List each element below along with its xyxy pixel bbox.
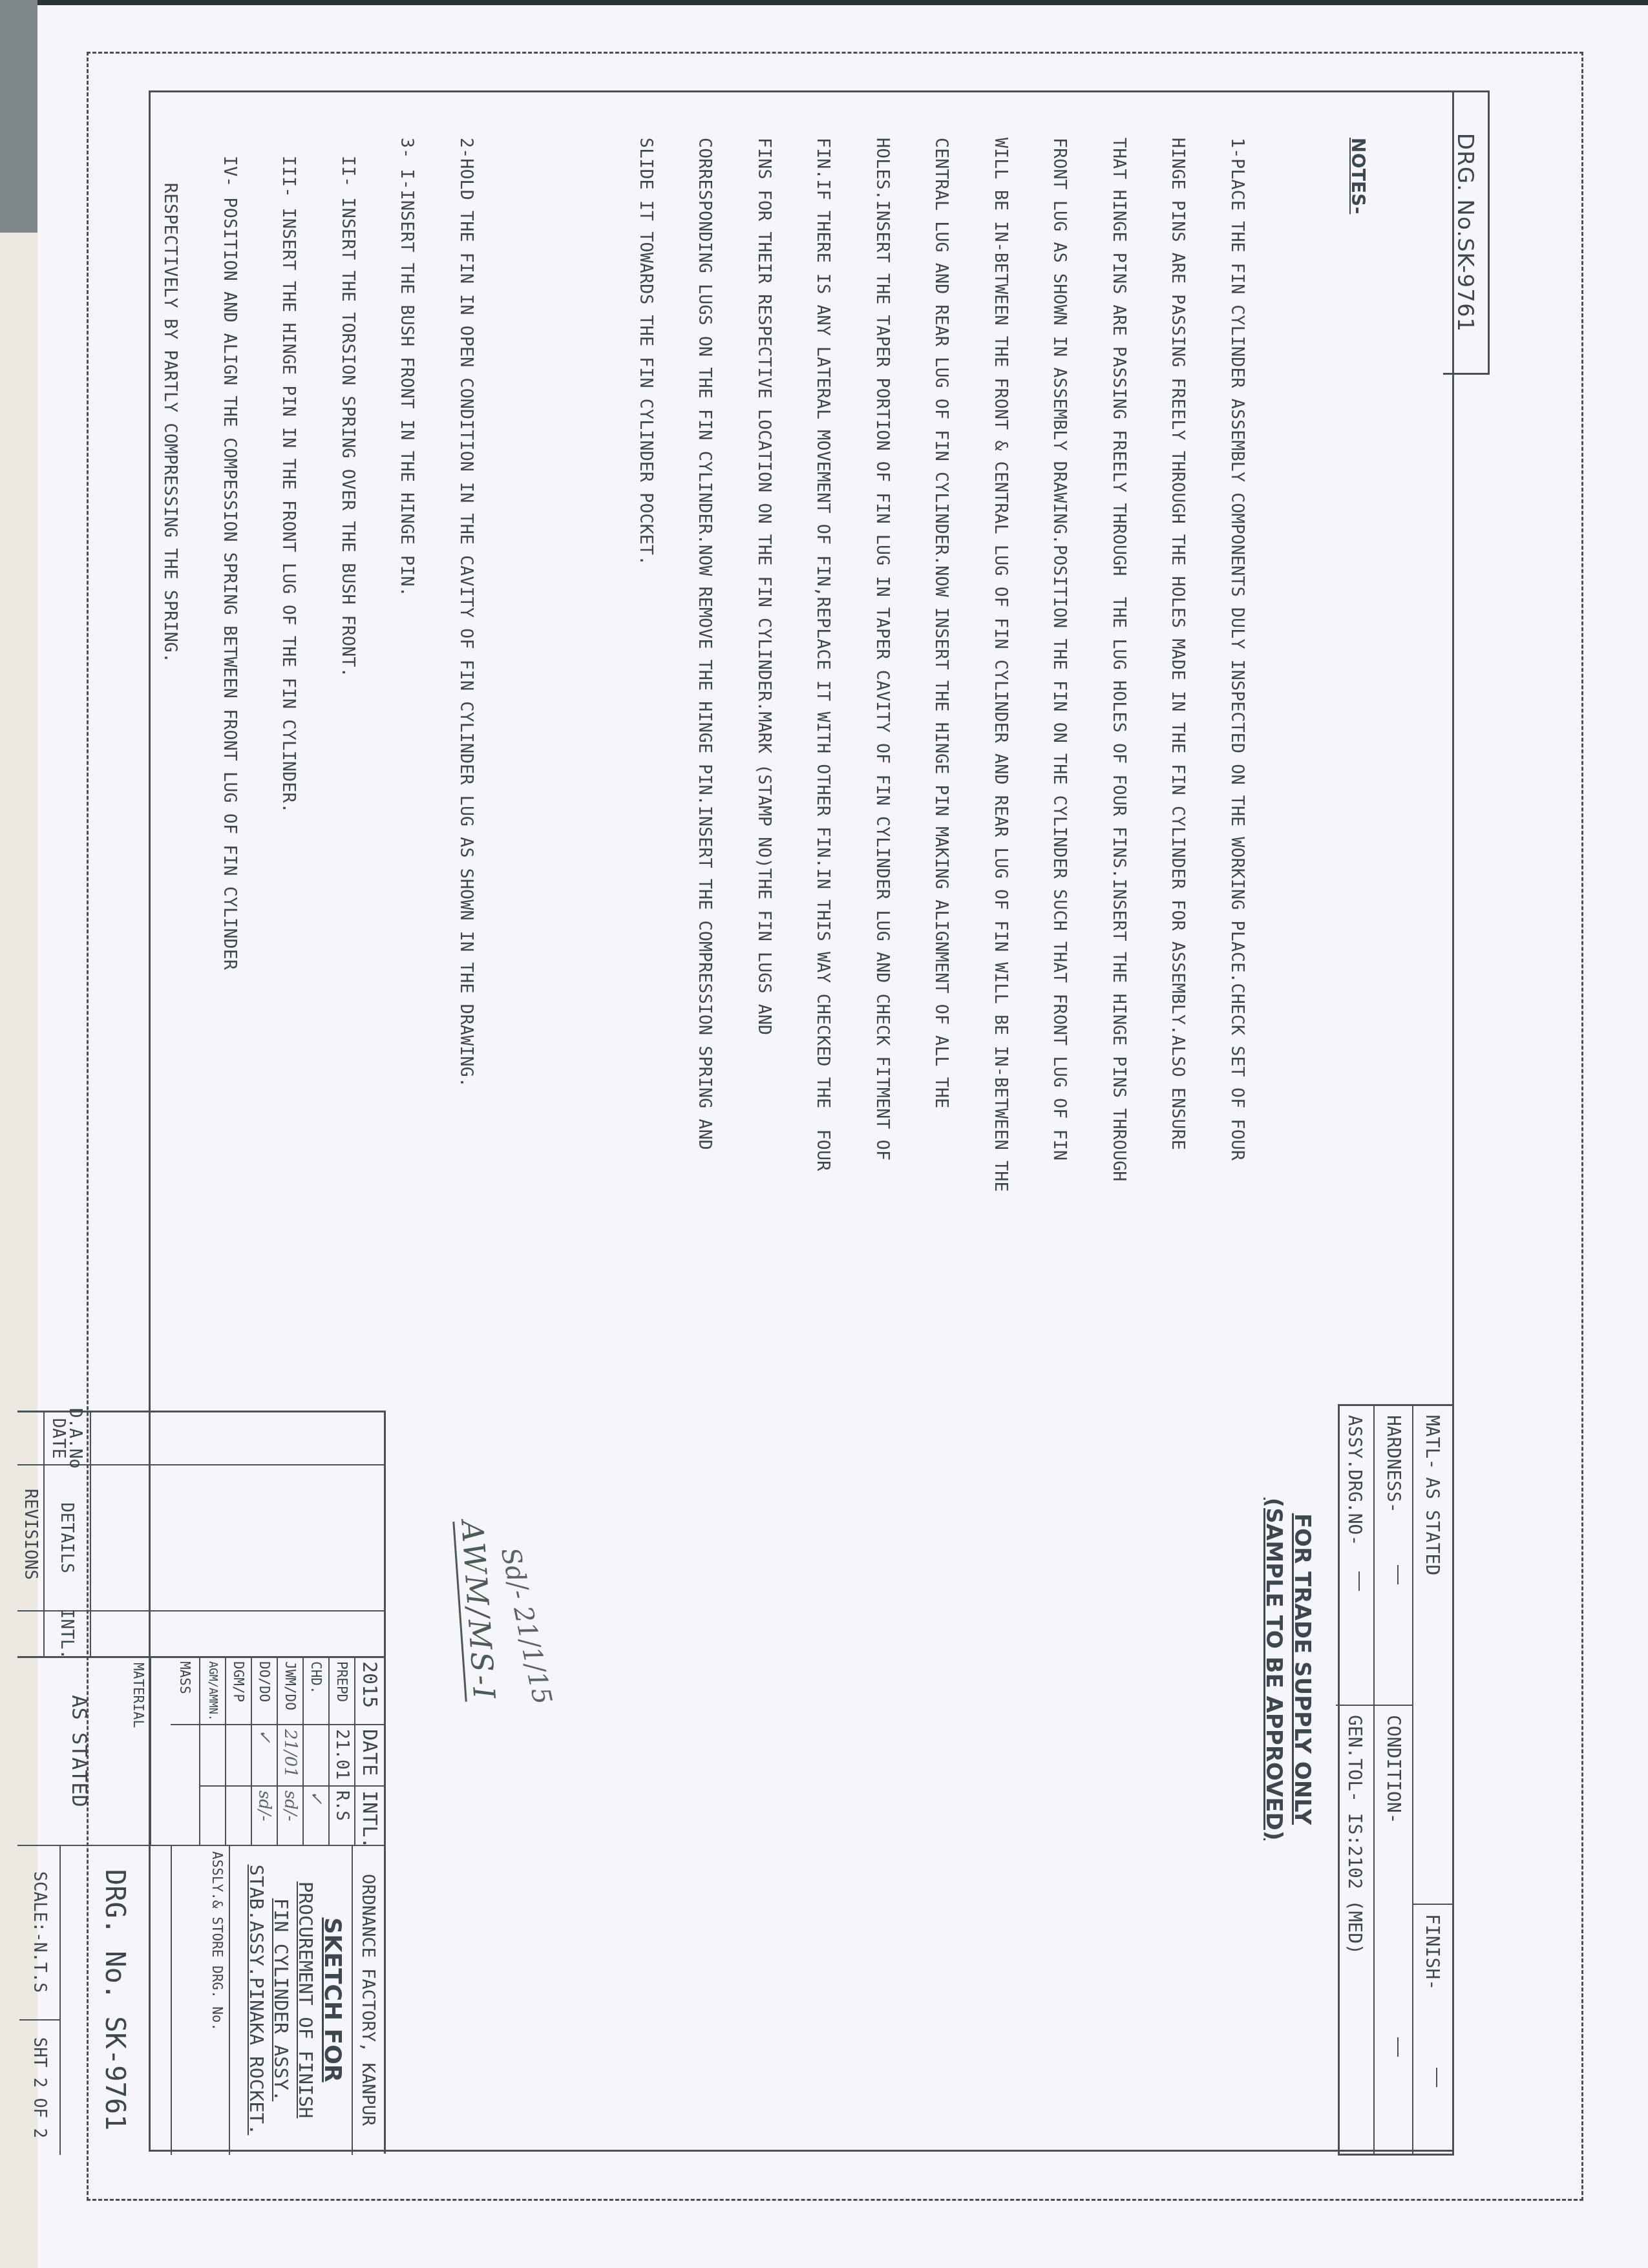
approval-row: AGM/AMMN.	[199, 1657, 225, 1845]
drawing-title: SKETCH FOR PROCUREMENT OF FINISH FIN CYL…	[229, 1845, 352, 2155]
note-line: FRONT LUG AS SHOWN IN ASSEMBLY DRAWING.P…	[1050, 138, 1070, 1462]
material-value: AS STATED	[67, 1657, 92, 1845]
role: AGM/AMMN.	[200, 1657, 225, 1725]
title-main: SKETCH FOR	[318, 1845, 346, 2155]
note-line: 3- I-INSERT THE BUSH FRONT IN THE HINGE …	[397, 138, 417, 1462]
scale: SCALE:-N.T.S	[19, 1845, 59, 2021]
matl-label: MATL-	[1422, 1415, 1444, 1469]
sheet-number: SHT 2 OF 2	[19, 2021, 59, 2155]
title-line: PROCUREMENT OF FINISH	[293, 1845, 318, 2155]
gen-tol-cell: GEN.TOL- IS:2102 (MED)	[1336, 1706, 1375, 1955]
hardness-label: HARDNESS-	[1384, 1415, 1405, 1513]
title-line: FIN CYLINDER ASSY.	[269, 1845, 293, 2155]
finish-cell: FINISH-	[1413, 1905, 1452, 2087]
trade-note-line2: (SAMPLE TO BE APPROVED)	[1260, 1443, 1288, 1895]
condition-label: CONDITION-	[1384, 1715, 1405, 1824]
note-line: THAT HINGE PINS ARE PASSING FREELY THROU…	[1109, 138, 1129, 1462]
material-box: MATERIAL AS STATED	[14, 1657, 151, 1845]
assy-drg-cell: ASSY.DRG.NO-	[1336, 1406, 1375, 1591]
year: 2015	[355, 1657, 384, 1725]
store-drg-label: ASSLY.& STORE DRG. No.	[171, 1845, 229, 2155]
signature-scribble: Sd/- 21/1/15	[495, 1545, 557, 1707]
material-info-block: MATL- AS STATED FINISH- HARDNESS- CONDIT…	[1338, 1404, 1454, 2156]
note-1: 1-PLACE THE FIN CYLINDER ASSEMBLY COMPON…	[597, 138, 1287, 1462]
role: PREPD	[330, 1657, 354, 1725]
note-line: WILL BE IN-BETWEEN THE FRONT & CENTRAL L…	[991, 138, 1011, 1462]
intl	[171, 1787, 199, 1845]
drawing-frame: NOTES- 1-PLACE THE FIN CYLINDER ASSEMBLY…	[149, 90, 1454, 2152]
material-label: MATERIAL	[131, 1663, 146, 1728]
rev-header-details: DETAILS	[43, 1465, 91, 1610]
scale-sheet-row: SCALE:-N.T.S SHT 2 OF 2	[19, 1845, 59, 2155]
role: MASS	[171, 1657, 199, 1725]
role: JWM/DO	[278, 1657, 302, 1725]
matl-value: AS STATED	[1422, 1477, 1444, 1575]
intl-header: INTL.	[355, 1787, 384, 1845]
rev-header-da: D.A.NoDATE	[43, 1412, 91, 1464]
condition-cell: CONDITION-	[1375, 1706, 1413, 2057]
note-subitem: RESPECTIVELY BY PARTLY COMPRESSING THE S…	[160, 138, 180, 1462]
note-line: FIN.IF THERE IS ANY LATERAL MOVEMENT OF …	[813, 138, 833, 1462]
drawing-sheet: NOTES- 1-PLACE THE FIN CYLINDER ASSEMBLY…	[78, 52, 1583, 2210]
intl: R.S	[330, 1787, 354, 1845]
drawing-number: DRG. No. SK-9761	[59, 1845, 171, 2155]
assy-drg-label: ASSY.DRG.NO-	[1345, 1415, 1366, 1546]
note-line: 4- NOW GENTLY PUSH THE HINGE PIN TILL IT…	[0, 138, 1, 1462]
role: DGM/P	[226, 1657, 251, 1725]
scanner-edge-top	[0, 0, 1648, 5]
date	[226, 1725, 251, 1787]
hardness-value	[1397, 1565, 1399, 1584]
date: ✓	[252, 1725, 277, 1787]
notes-heading: NOTES-	[1348, 138, 1368, 1462]
approval-grid: 2015 DATE INTL. PREPD 21.01 R.S CHD. ✓	[17, 1657, 384, 1846]
note-line: HOLES.INSERT THE TAPER PORTION OF FIN LU…	[872, 138, 893, 1462]
approval-header: 2015 DATE INTL.	[354, 1657, 384, 1845]
note-line: 1-PLACE THE FIN CYLINDER ASSEMBLY COMPON…	[1227, 138, 1247, 1462]
note-line: SLIDE IT TOWARDS THE FIN CYLINDER POCKET…	[636, 138, 656, 1462]
note-subitem: III- INSERT THE HINGE PIN IN THE FRONT L…	[279, 138, 299, 1462]
factory-name: ORDNANCE FACTORY, KANPUR	[352, 1845, 384, 2155]
title-line: STAB.ASSY.PINAKA ROCKET.	[244, 1845, 269, 2155]
revisions-block: D.A.NoDATE DETAILS INTL. REVISIONS	[17, 1411, 386, 1656]
hardness-cell: HARDNESS-	[1375, 1406, 1413, 1584]
finish-value	[1436, 2068, 1437, 2087]
intl	[200, 1787, 225, 1845]
approval-row: MASS	[171, 1657, 199, 1845]
gen-tol: GEN.TOL- IS:2102 (MED)	[1345, 1715, 1366, 1955]
note-subitem: IV- POSITION AND ALIGN THE COMPESSION SP…	[220, 138, 240, 1462]
drawing-number-stamp: DRG. No.SK-9761	[1443, 90, 1490, 375]
note-line: FINS FOR THEIR RESPECTIVE LOCATION ON TH…	[754, 138, 774, 1462]
intl	[226, 1787, 251, 1845]
rev-header-intl: INTL.	[43, 1612, 91, 1657]
trade-note-line1: FOR TRADE SUPPLY ONLY	[1288, 1443, 1316, 1895]
role: DO/DO	[252, 1657, 277, 1725]
note-2-3: 2-HOLD THE FIN IN OPEN CONDITION IN THE …	[121, 138, 515, 1462]
approval-row: DGM/P	[225, 1657, 251, 1845]
rev-col-da: D.A.NoDATE	[17, 1412, 384, 1465]
notes-section: NOTES- 1-PLACE THE FIN CYLINDER ASSEMBLY…	[0, 138, 1407, 1462]
date-header: DATE	[355, 1725, 384, 1787]
title-info: ORDNANCE FACTORY, KANPUR SKETCH FOR PROC…	[17, 1845, 384, 2155]
date	[171, 1725, 199, 1787]
approval-row: PREPD 21.01 R.S	[328, 1657, 354, 1845]
trade-supply-note: FOR TRADE SUPPLY ONLY (SAMPLE TO BE APPR…	[1260, 1443, 1316, 1895]
note-line: CENTRAL LUG AND REAR LUG OF FIN CYLINDER…	[931, 138, 951, 1462]
date	[200, 1725, 225, 1787]
title-block: 2015 DATE INTL. PREPD 21.01 R.S CHD. ✓	[17, 1656, 386, 2154]
approval-row: JWM/DO 21/01 sd/-	[277, 1657, 302, 1845]
approval-row: DO/DO ✓ sd/-	[251, 1657, 277, 1845]
condition-value	[1397, 2037, 1399, 2057]
date	[304, 1725, 328, 1787]
date: 21.01	[330, 1725, 354, 1787]
assy-drg-value	[1358, 1571, 1360, 1591]
role: CHD.	[304, 1657, 328, 1725]
note-line: 2-HOLD THE FIN IN OPEN CONDITION IN THE …	[456, 138, 476, 1462]
rev-col-details: DETAILS	[17, 1465, 384, 1612]
intl: sd/-	[252, 1787, 277, 1845]
rev-da-no: D.A.No	[65, 1408, 85, 1469]
info-row-hardness: HARDNESS- CONDITION-	[1373, 1406, 1413, 2154]
note-line: CORRESPONDING LUGS ON THE FIN CYLINDER.N…	[695, 138, 715, 1462]
signature-designation: AWM/MS-I	[452, 1519, 502, 1702]
note-line: HINGE PINS ARE PASSING FREELY THROUGH TH…	[1168, 138, 1188, 1462]
note-subitem: II- INSERT THE TORSION SPRING OVER THE B…	[338, 138, 358, 1462]
rev-date: DATE	[48, 1418, 68, 1459]
matl-cell: MATL- AS STATED	[1413, 1406, 1452, 1575]
approval-row: CHD. ✓	[302, 1657, 328, 1845]
finish-label: FINISH-	[1422, 1914, 1444, 1990]
info-row-matl: MATL- AS STATED FINISH-	[1412, 1406, 1452, 2154]
intl: ✓	[304, 1787, 328, 1845]
info-row-assy: ASSY.DRG.NO- GEN.TOL- IS:2102 (MED)	[1336, 1406, 1375, 2154]
revisions-title: REVISIONS	[17, 1412, 45, 1656]
rev-col-intl: INTL.	[17, 1612, 384, 1658]
date: 21/01	[278, 1725, 302, 1787]
note-4-8: 4- NOW GENTLY PUSH THE HINGE PIN TILL IT…	[0, 138, 40, 1462]
intl: sd/-	[278, 1787, 302, 1845]
